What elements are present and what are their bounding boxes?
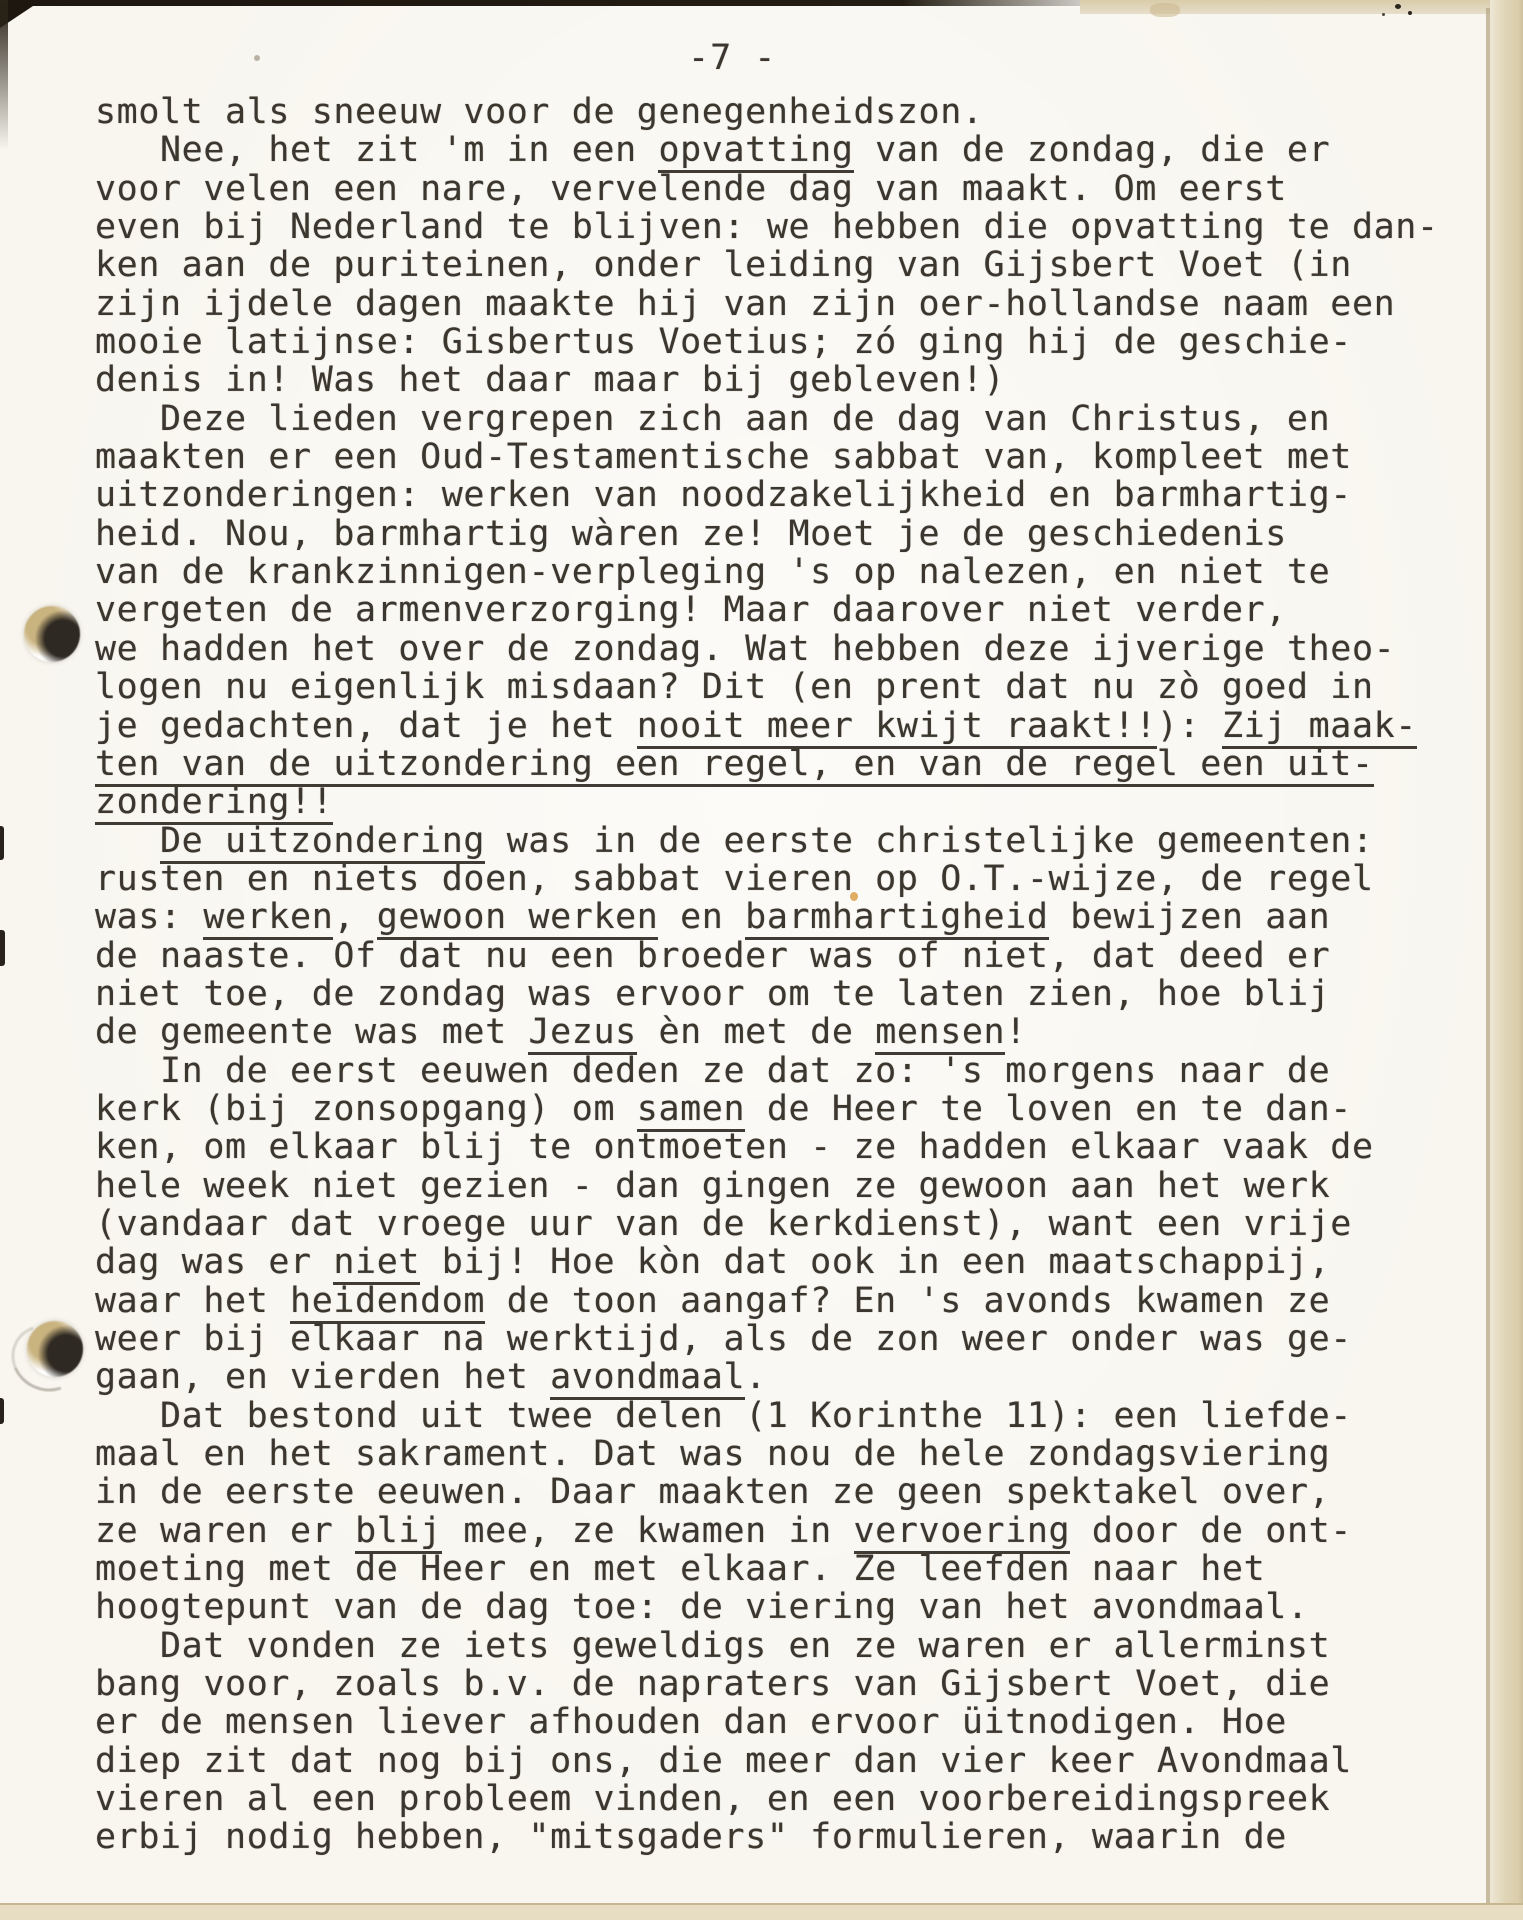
paper-stain xyxy=(1150,3,1180,17)
text-segment: bang voor, zoals b.v. de napraters van G… xyxy=(95,1664,1330,1704)
text-line: vieren al een probleem vinden, en een vo… xyxy=(95,1780,1475,1818)
text-segment: gaan, en vierden het xyxy=(95,1357,550,1397)
underlined-text: vervoering xyxy=(854,1511,1071,1554)
text-line: van de krankzinnigen-verpleging 's op na… xyxy=(95,553,1475,591)
text-segment: niet toe, de zondag was ervoor om te lat… xyxy=(95,974,1330,1014)
text-line: ken aan de puriteinen, onder leiding van… xyxy=(95,246,1475,284)
text-line: Deze lieden vergrepen zich aan de dag va… xyxy=(95,400,1475,438)
text-segment: ze waren er xyxy=(95,1511,355,1551)
text-segment: en xyxy=(658,897,745,937)
scan-artifact xyxy=(0,1398,4,1424)
text-segment: van de zondag, die er xyxy=(854,130,1331,170)
text-segment: denis in! Was het daar maar bij gebleven… xyxy=(95,360,1005,400)
text-segment: logen nu eigenlijk misdaan? Dit (en pren… xyxy=(95,667,1374,707)
text-segment: uitzonderingen: werken van noodzakelijkh… xyxy=(95,475,1352,515)
text-line: De uitzondering was in de eerste christe… xyxy=(95,822,1475,860)
text-line: hoogtepunt van de dag toe: de viering va… xyxy=(95,1588,1475,1626)
text-segment: bij! Hoe kòn dat ook in een maatschappij… xyxy=(420,1242,1330,1282)
paper-edge-bottom xyxy=(0,1903,1523,1920)
underlined-text: blij xyxy=(355,1511,442,1554)
text-line: even bij Nederland te blijven: we hebben… xyxy=(95,208,1475,246)
text-segment: hele week niet gezien - dan gingen ze ge… xyxy=(95,1166,1330,1206)
text-line: logen nu eigenlijk misdaan? Dit (en pren… xyxy=(95,668,1475,706)
underlined-text: samen xyxy=(637,1089,745,1132)
text-segment: Dat bestond uit twee delen (1 Korinthe 1… xyxy=(160,1396,1352,1436)
text-line: Nee, het zit 'm in een opvatting van de … xyxy=(95,131,1475,169)
text-line: In de eerst eeuwen deden ze dat zo: 's m… xyxy=(95,1052,1475,1090)
text-segment: kerk (bij zonsopgang) om xyxy=(95,1089,637,1129)
punch-hole xyxy=(24,606,80,662)
scan-artifact xyxy=(0,930,5,966)
text-line: we hadden het over de zondag. Wat hebben… xyxy=(95,630,1475,668)
text-line: smolt als sneeuw voor de genegenheidszon… xyxy=(95,93,1475,131)
text-segment: ken, om elkaar blij te ontmoeten - ze ha… xyxy=(95,1127,1374,1167)
text-line: Dat vonden ze iets geweldigs en ze waren… xyxy=(95,1627,1475,1665)
underlined-text: De uitzondering xyxy=(160,821,485,864)
underlined-text: ten van de uitzondering een regel, en va… xyxy=(95,744,1374,787)
text-line: denis in! Was het daar maar bij gebleven… xyxy=(95,361,1475,399)
text-segment: je gedachten, dat je het xyxy=(95,706,637,746)
underlined-text: Jezus xyxy=(528,1012,636,1055)
text-line: zijn ijdele dagen maakte hij van zijn oe… xyxy=(95,285,1475,323)
underlined-text: barmhartigheid xyxy=(745,897,1048,940)
text-segment: we hadden het over de zondag. Wat hebben… xyxy=(95,629,1395,669)
text-segment: . xyxy=(745,1357,767,1397)
text-segment: Deze lieden vergrepen zich aan de dag va… xyxy=(160,399,1330,439)
text-segment: mee, ze kwamen in xyxy=(442,1511,854,1551)
underlined-text: avondmaal xyxy=(550,1357,745,1400)
ink-speck xyxy=(1395,4,1401,9)
text-line: heid. Nou, barmhartig wàren ze! Moet je … xyxy=(95,515,1475,553)
underlined-text: mensen xyxy=(875,1012,1005,1055)
text-line: maal en het sakrament. Dat was nou de he… xyxy=(95,1435,1475,1473)
text-segment: (vandaar dat vroege uur van de kerkdiens… xyxy=(95,1204,1352,1244)
text-segment: de naaste. Of dat nu een broeder was of … xyxy=(95,936,1330,976)
text-line: diep zit dat nog bij ons, die meer dan v… xyxy=(95,1742,1475,1780)
text-segment: dag was er xyxy=(95,1242,333,1282)
underlined-text: niet xyxy=(333,1242,420,1285)
paper-edge-right xyxy=(1490,0,1523,1920)
text-segment: heid. Nou, barmhartig wàren ze! Moet je … xyxy=(95,514,1287,554)
text-line: niet toe, de zondag was ervoor om te lat… xyxy=(95,975,1475,1013)
text-segment: vieren al een probleem vinden, en een vo… xyxy=(95,1779,1330,1819)
text-segment: vergeten de armenverzorging! Maar daarov… xyxy=(95,590,1287,630)
ink-speck xyxy=(1408,11,1412,15)
paper-edge-top-right xyxy=(1080,0,1523,14)
text-line: de naaste. Of dat nu een broeder was of … xyxy=(95,937,1475,975)
text-segment: ! xyxy=(1005,1012,1027,1052)
text-line: maakten er een Oud-Testamentische sabbat… xyxy=(95,438,1475,476)
text-line: waar het heidendom de toon aangaf? En 's… xyxy=(95,1282,1475,1320)
text-line: Dat bestond uit twee delen (1 Korinthe 1… xyxy=(95,1397,1475,1435)
text-segment: was in de eerste christelijke gemeenten: xyxy=(485,821,1374,861)
text-segment: de toon aangaf? En 's avonds kwamen ze xyxy=(485,1281,1330,1321)
text-segment: smolt als sneeuw voor de genegenheidszon… xyxy=(95,92,984,132)
text-line: zondering!! xyxy=(95,783,1475,821)
text-segment: ken aan de puriteinen, onder leiding van… xyxy=(95,245,1352,285)
text-segment: voor velen een nare, vervelende dag van … xyxy=(95,169,1287,209)
text-segment: maakten er een Oud-Testamentische sabbat… xyxy=(95,437,1352,477)
text-segment: In de eerst eeuwen deden ze dat zo: 's m… xyxy=(160,1051,1330,1091)
ink-speck xyxy=(1382,13,1385,16)
text-line: dag was er niet bij! Hoe kòn dat ook in … xyxy=(95,1243,1475,1281)
text-segment: van de krankzinnigen-verpleging 's op na… xyxy=(95,552,1330,592)
text-segment: waar het xyxy=(95,1281,290,1321)
punch-hole xyxy=(27,1321,83,1377)
text-line: moeting met de Heer en met elkaar. Ze le… xyxy=(95,1550,1475,1588)
scan-edge-top xyxy=(0,0,1128,6)
text-segment: was: xyxy=(95,897,203,937)
text-lines: smolt als sneeuw voor de genegenheidszon… xyxy=(95,93,1475,1857)
text-line: gaan, en vierden het avondmaal. xyxy=(95,1358,1475,1396)
text-segment: weer bij elkaar na werktijd, als de zon … xyxy=(95,1319,1352,1359)
text-segment: moeting met de Heer en met elkaar. Ze le… xyxy=(95,1549,1265,1589)
text-line: weer bij elkaar na werktijd, als de zon … xyxy=(95,1320,1475,1358)
text-segment: de gemeente was met xyxy=(95,1012,528,1052)
text-line: rusten en niets doen, sabbat vieren op O… xyxy=(95,860,1475,898)
text-segment: er de mensen liever afhouden dan ervoor … xyxy=(95,1702,1287,1742)
text-segment: in de eerste eeuwen. Daar maakten ze gee… xyxy=(95,1472,1330,1512)
text-line: ken, om elkaar blij te ontmoeten - ze ha… xyxy=(95,1128,1475,1166)
text-segment: even bij Nederland te blijven: we hebben… xyxy=(95,207,1439,247)
text-line: ze waren er blij mee, ze kwamen in vervo… xyxy=(95,1512,1475,1550)
text-segment: rusten en niets doen, sabbat vieren op O… xyxy=(95,859,1374,899)
text-segment: , xyxy=(333,897,376,937)
text-segment: èn met de xyxy=(637,1012,875,1052)
text-segment: Dat vonden ze iets geweldigs en ze waren… xyxy=(160,1626,1330,1666)
text-segment: bewijzen aan xyxy=(1049,897,1331,937)
underlined-text: opvatting xyxy=(658,130,853,173)
text-line: je gedachten, dat je het nooit meer kwij… xyxy=(95,707,1475,745)
text-line: in de eerste eeuwen. Daar maakten ze gee… xyxy=(95,1473,1475,1511)
text-line: uitzonderingen: werken van noodzakelijkh… xyxy=(95,476,1475,514)
scan-edge-left xyxy=(0,0,8,150)
text-line: (vandaar dat vroege uur van de kerkdiens… xyxy=(95,1205,1475,1243)
text-segment: de Heer te loven en te dan- xyxy=(745,1089,1352,1129)
text-segment: ): xyxy=(1157,706,1222,746)
text-segment: hoogtepunt van de dag toe: de viering va… xyxy=(95,1587,1309,1627)
text-line: was: werken, gewoon werken en barmhartig… xyxy=(95,898,1475,936)
underlined-text: gewoon werken xyxy=(377,897,659,940)
paper-stain xyxy=(254,55,260,61)
page-number: -7 - xyxy=(688,38,776,78)
text-line: vergeten de armenverzorging! Maar daarov… xyxy=(95,591,1475,629)
underlined-text: Zij maak- xyxy=(1222,706,1417,749)
underlined-text: heidendom xyxy=(290,1281,485,1324)
text-segment: diep zit dat nog bij ons, die meer dan v… xyxy=(95,1741,1352,1781)
text-line: mooie latijnse: Gisbertus Voetius; zó gi… xyxy=(95,323,1475,361)
text-line: kerk (bij zonsopgang) om samen de Heer t… xyxy=(95,1090,1475,1128)
text-line: er de mensen liever afhouden dan ervoor … xyxy=(95,1703,1475,1741)
text-line: erbij nodig hebben, "mitsgaders" formuli… xyxy=(95,1818,1475,1856)
text-line: hele week niet gezien - dan gingen ze ge… xyxy=(95,1167,1475,1205)
underlined-text: zondering!! xyxy=(95,782,333,825)
text-line: ten van de uitzondering een regel, en va… xyxy=(95,745,1475,783)
scan-artifact xyxy=(0,826,4,860)
text-segment: maal en het sakrament. Dat was nou de he… xyxy=(95,1434,1330,1474)
text-segment: erbij nodig hebben, "mitsgaders" formuli… xyxy=(95,1817,1287,1857)
text-segment: mooie latijnse: Gisbertus Voetius; zó gi… xyxy=(95,322,1352,362)
text-segment: door de ont- xyxy=(1070,1511,1352,1551)
underlined-text: nooit meer kwijt raakt!! xyxy=(637,706,1157,749)
text-line: bang voor, zoals b.v. de napraters van G… xyxy=(95,1665,1475,1703)
text-line: de gemeente was met Jezus èn met de mens… xyxy=(95,1013,1475,1051)
underlined-text: werken xyxy=(203,897,333,940)
text-line: voor velen een nare, vervelende dag van … xyxy=(95,170,1475,208)
text-segment: zijn ijdele dagen maakte hij van zijn oe… xyxy=(95,284,1395,324)
text-segment: Nee, het zit 'm in een xyxy=(160,130,658,170)
